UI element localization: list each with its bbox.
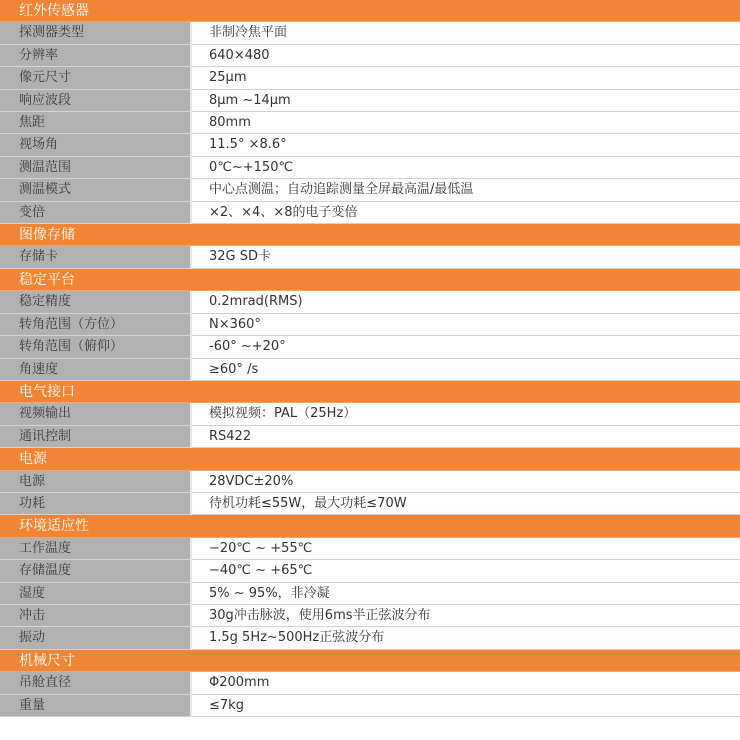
table-row: 振动1.5g 5Hz~500Hz正弦波分布 (0, 627, 740, 649)
section-title: 电源 (19, 448, 47, 469)
row-value: 0.2mrad(RMS) (192, 291, 740, 313)
row-label: 吊舱直径 (0, 672, 190, 694)
row-value: 32G SD卡 (192, 246, 740, 268)
row-value: −20℃ ~ +55℃ (192, 538, 740, 560)
row-value: 5% ~ 95%，非冷凝 (192, 583, 740, 605)
row-value: ≥60° /s (192, 359, 740, 381)
table-row: 视频输出模拟视频：PAL（25Hz） (0, 403, 740, 425)
row-value: N×360° (192, 314, 740, 336)
row-value: 1.5g 5Hz~500Hz正弦波分布 (192, 627, 740, 649)
section-header-power: 电源 (0, 448, 740, 470)
row-value: 中心点测温；自动追踪测量全屏最高温/最低温 (192, 179, 740, 201)
row-label: 重量 (0, 695, 190, 717)
table-row: 工作温度−20℃ ~ +55℃ (0, 538, 740, 560)
row-value: −40℃ ~ +65℃ (192, 560, 740, 582)
row-label: 振动 (0, 627, 190, 649)
section-title: 电气接口 (19, 381, 75, 402)
row-value: 8μm ~14μm (192, 90, 740, 112)
table-row: 焦距80mm (0, 112, 740, 134)
section-header-image-storage: 图像存储 (0, 224, 740, 246)
row-label: 响应波段 (0, 90, 190, 112)
section-header-mechanical-dimensions: 机械尺寸 (0, 650, 740, 672)
row-label: 转角范围（方位） (0, 314, 190, 336)
table-row: 视场角11.5° ×8.6° (0, 134, 740, 156)
row-value: Φ200mm (192, 672, 740, 694)
section-header-stabilized-platform: 稳定平台 (0, 269, 740, 291)
row-label: 存储卡 (0, 246, 190, 268)
row-label: 湿度 (0, 583, 190, 605)
table-row: 湿度5% ~ 95%，非冷凝 (0, 583, 740, 605)
row-value: RS422 (192, 426, 740, 448)
row-label: 视频输出 (0, 403, 190, 425)
row-label: 焦距 (0, 112, 190, 134)
section-title: 环境适应性 (19, 515, 89, 536)
row-value: 28VDC±20% (192, 471, 740, 493)
row-label: 像元尺寸 (0, 67, 190, 89)
row-label: 功耗 (0, 493, 190, 515)
row-label: 通讯控制 (0, 426, 190, 448)
section-title: 稳定平台 (19, 269, 75, 290)
section-header-infrared-sensor: 红外传感器 (0, 0, 740, 22)
row-label: 角速度 (0, 359, 190, 381)
table-row: 稳定精度0.2mrad(RMS) (0, 291, 740, 313)
row-value: 0℃~+150℃ (192, 157, 740, 179)
row-value: 待机功耗≤55W，最大功耗≤70W (192, 493, 740, 515)
section-title: 机械尺寸 (19, 650, 75, 671)
table-row: 角速度≥60° /s (0, 359, 740, 381)
row-value: ≤7kg (192, 695, 740, 717)
row-label: 视场角 (0, 134, 190, 156)
row-value: 30g冲击脉波，使用6ms半正弦波分布 (192, 605, 740, 627)
table-row: 吊舱直径Φ200mm (0, 672, 740, 694)
table-row: 测温模式中心点测温；自动追踪测量全屏最高温/最低温 (0, 179, 740, 201)
table-row: 功耗待机功耗≤55W，最大功耗≤70W (0, 493, 740, 515)
row-label: 工作温度 (0, 538, 190, 560)
row-value: 25μm (192, 67, 740, 89)
table-row: 像元尺寸25μm (0, 67, 740, 89)
section-header-environmental-adaptability: 环境适应性 (0, 515, 740, 537)
table-row: 通讯控制RS422 (0, 426, 740, 448)
table-row: 转角范围（俯仰）-60° ~+20° (0, 336, 740, 358)
table-row: 响应波段8μm ~14μm (0, 90, 740, 112)
table-row: 分辨率640×480 (0, 45, 740, 67)
row-value: 非制冷焦平面 (192, 22, 740, 44)
table-row: 冲击30g冲击脉波，使用6ms半正弦波分布 (0, 605, 740, 627)
spec-table: 红外传感器 探测器类型非制冷焦平面 分辨率640×480 像元尺寸25μm 响应… (0, 0, 740, 717)
row-value: 模拟视频：PAL（25Hz） (192, 403, 740, 425)
row-value: -60° ~+20° (192, 336, 740, 358)
row-value: ×2、×4、×8的电子变倍 (192, 202, 740, 224)
table-row: 转角范围（方位）N×360° (0, 314, 740, 336)
row-label: 转角范围（俯仰） (0, 336, 190, 358)
section-header-electrical-interface: 电气接口 (0, 381, 740, 403)
row-label: 冲击 (0, 605, 190, 627)
row-label: 测温模式 (0, 179, 190, 201)
table-row: 存储温度−40℃ ~ +65℃ (0, 560, 740, 582)
row-label: 测温范围 (0, 157, 190, 179)
row-value: 11.5° ×8.6° (192, 134, 740, 156)
table-row: 重量≤7kg (0, 695, 740, 717)
table-row: 存储卡32G SD卡 (0, 246, 740, 268)
table-row: 探测器类型非制冷焦平面 (0, 22, 740, 44)
section-title: 红外传感器 (19, 0, 89, 21)
row-value: 80mm (192, 112, 740, 134)
table-row: 变倍×2、×4、×8的电子变倍 (0, 202, 740, 224)
table-row: 电源28VDC±20% (0, 471, 740, 493)
row-label: 分辨率 (0, 45, 190, 67)
section-title: 图像存储 (19, 224, 75, 245)
row-label: 存储温度 (0, 560, 190, 582)
row-label: 稳定精度 (0, 291, 190, 313)
row-label: 探测器类型 (0, 22, 190, 44)
row-label: 变倍 (0, 202, 190, 224)
table-row: 测温范围0℃~+150℃ (0, 157, 740, 179)
row-value: 640×480 (192, 45, 740, 67)
row-label: 电源 (0, 471, 190, 493)
